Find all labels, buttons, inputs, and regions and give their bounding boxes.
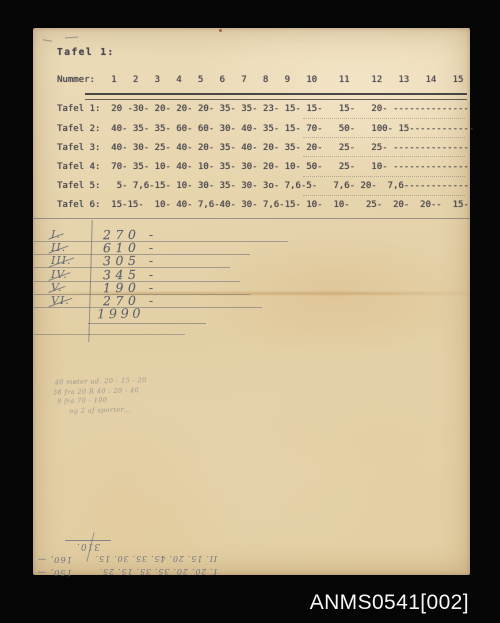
- scanned-document: Tafel 1: Nummer: 1 2 3 4 5 6 7 8 9 10 11…: [33, 28, 470, 575]
- ledger-row: IV. 345 -: [33, 270, 343, 283]
- ledger-total: 1990: [97, 307, 144, 323]
- flipped-total: 150, —: [37, 565, 72, 578]
- flipped-sum: 310.: [65, 540, 111, 551]
- catalog-label: ANMS0541[002]: [310, 591, 469, 615]
- bleed-through-dots: [303, 176, 465, 177]
- ledger-rule: [33, 241, 288, 242]
- handwritten-ledger: I. 270 - II. 610 - III. 305 - IV. 345 - …: [33, 224, 343, 384]
- pencil-dash-mark: [65, 37, 78, 39]
- total-rule: [33, 334, 185, 335]
- roman-numeral: I.: [51, 228, 61, 241]
- bleed-through-dots: [303, 137, 465, 138]
- pencil-notes: 40 møter ud. 20 - 15 - 20 38 fra 20 R 40…: [55, 374, 246, 417]
- ledger-row: III. 305 -: [33, 256, 343, 269]
- doc-title: Tafel 1:: [57, 47, 115, 58]
- flipped-row: I. 20. 20. 35. 35. 15. 25. 150, —: [35, 565, 219, 578]
- table-header-row: Nummer: 1 2 3 4 5 6 7 8 9 10 11 12 13 14…: [57, 75, 463, 85]
- flipped-total: 160, —: [37, 552, 72, 565]
- roman-numeral: IV.: [51, 268, 68, 281]
- flipped-row: II. 15. 20. 45. 35. 30. 15. 160, —: [35, 552, 219, 565]
- ledger-row: II. 610 -: [33, 243, 343, 256]
- table-row-tafel-6: Tafel 6: 15-15- 10- 40- 7,6-40- 30- 7,6-…: [57, 200, 469, 210]
- roman-numeral: III.: [51, 254, 72, 267]
- table-row-tafel-5: Tafel 5: 5- 7,6-15- 10- 30- 35- 30- 3o- …: [57, 181, 469, 191]
- photo-stage: Tafel 1: Nummer: 1 2 3 4 5 6 7 8 9 10 11…: [0, 0, 500, 623]
- roman-numeral: VI.: [51, 294, 70, 307]
- bleed-through-dots: [303, 118, 465, 119]
- ledger-row: VI. 270 -: [33, 296, 343, 309]
- flipped-numbers: I. 20. 20. 35. 35. 15. 25.: [99, 565, 217, 578]
- red-speck: [219, 29, 222, 32]
- flipped-numbers: II. 15. 20. 45. 35. 30. 15.: [95, 552, 217, 565]
- ledger-rule: [33, 307, 262, 308]
- bleed-through-dots: [303, 156, 465, 157]
- table-header-rule: [85, 93, 467, 100]
- bleed-through-dots: [303, 195, 465, 196]
- roman-numeral: II.: [51, 241, 66, 254]
- upside-down-notes: I. 20. 20. 35. 35. 15. 25. 150, — II. 15…: [35, 522, 219, 578]
- ledger-row: I. 270 -: [33, 230, 343, 243]
- total-rule: [88, 323, 206, 324]
- paper-crease: [33, 292, 470, 295]
- pencil-dash-mark: [43, 39, 52, 42]
- table-row-tafel-4: Tafel 4: 70- 35- 10- 40- 10- 35- 30- 20-…: [57, 162, 469, 172]
- table-row-tafel-2: Tafel 2: 40- 35- 35- 60- 60- 30- 40- 35-…: [57, 124, 474, 134]
- table-row-tafel-3: Tafel 3: 40- 30- 25- 40- 20- 35- 40- 20-…: [57, 143, 469, 153]
- table-row-tafel-1: Tafel 1: 20 -30- 20- 20- 20- 35- 35- 23-…: [57, 104, 469, 114]
- pencil-rule: [33, 218, 470, 219]
